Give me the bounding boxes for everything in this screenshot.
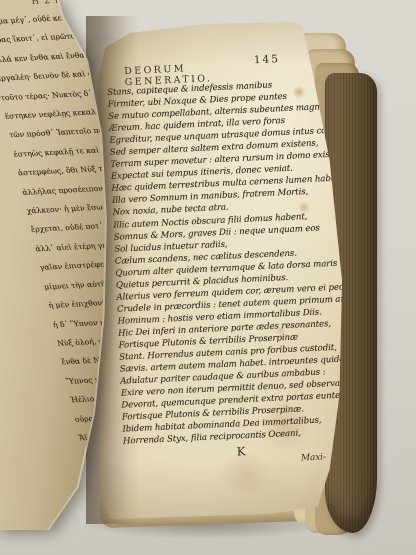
latin-text-block: Stans, capiteque & indefessis manibusFir… (107, 76, 359, 448)
book-photo: DEORUM GENERATIO. 145 Stans, capiteque &… (0, 0, 416, 555)
left-page-wrap: ΗΣΙΟΔΟΥ χάσμα μέγ᾽, οὐδέ κε πάντα τελεσφ… (0, 0, 124, 540)
right-page: DEORUM GENERATIO. 145 Stans, capiteque &… (96, 22, 342, 519)
left-running-header: ΗΣΙΟΔΟΥ (31, 0, 112, 6)
left-page: ΗΣΙΟΔΟΥ χάσμα μέγ᾽, οὐδέ κε πάντα τελεσφ… (0, 0, 112, 530)
left-page-content: ΗΣΙΟΔΟΥ χάσμα μέγ᾽, οὐδέ κε πάντα τελεσφ… (0, 0, 112, 466)
greek-text-block: χάσμα μέγ᾽, οὐδέ κε πάντα τελεσφόρον εἰς… (0, 3, 112, 466)
page-number: 145 (254, 53, 281, 66)
